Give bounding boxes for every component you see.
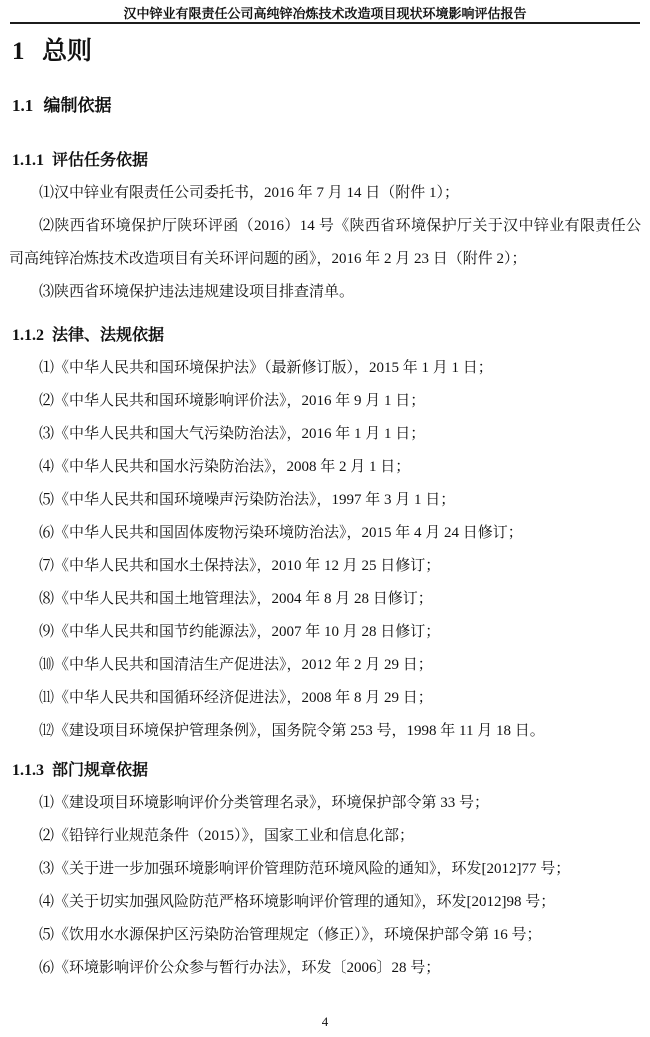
list-item: ⑼《中华人民共和国节约能源法》，2007 年 10 月 28 日修订； <box>9 616 641 649</box>
list-item: ⑿《建设项目环境保护管理条例》，国务院令第 253 号，1998 年 11 月 … <box>9 715 641 748</box>
list-item: ⑴汉中锌业有限责任公司委托书，2016 年 7 月 14 日（附件 1）； <box>9 177 641 210</box>
list-item: ⑹《中华人民共和国固体废物污染环境防治法》，2015 年 4 月 24 日修订； <box>9 517 641 550</box>
list-item: ⑶《关于进一步加强环境影响评价管理防范环境风险的通知》，环发[2012]77 号… <box>9 853 641 886</box>
list-item: ⑸《饮用水水源保护区污染防治管理规定（修正）》，环境保护部令第 16 号； <box>9 919 641 952</box>
regulation-basis-list: ⑴《建设项目环境影响评价分类管理名录》，环境保护部令第 33 号； ⑵《铅锌行业… <box>9 787 641 985</box>
list-item: ⑷《关于切实加强风险防范严格环境影响评价管理的通知》，环发[2012]98 号； <box>9 886 641 919</box>
page-number: 4 <box>0 1015 650 1029</box>
page-content: 1 总则 1.1 编制依据 1.1.1 评估任务依据 ⑴汉中锌业有限责任公司委托… <box>9 39 641 985</box>
list-item: ⑶陕西省环境保护违法违规建设项目排查清单。 <box>9 276 641 309</box>
list-item: ⑵《铅锌行业规范条件（2015）》，国家工业和信息化部； <box>9 820 641 853</box>
chapter-title: 1 总则 <box>12 39 641 65</box>
law-basis-list: ⑴《中华人民共和国环境保护法》（最新修订版），2015 年 1 月 1 日； ⑵… <box>9 352 641 748</box>
list-item: ⑵陕西省环境保护厅陕环评函（2016）14 号《陕西省环境保护厅关于汉中锌业有限… <box>9 210 641 276</box>
list-item: ⑸《中华人民共和国环境噪声污染防治法》，1997 年 3 月 1 日； <box>9 484 641 517</box>
list-item: ⑶《中华人民共和国大气污染防治法》，2016 年 1 月 1 日； <box>9 418 641 451</box>
section-heading-1-1: 1.1 编制依据 <box>12 97 641 115</box>
list-item: ⑵《中华人民共和国环境影响评价法》，2016 年 9 月 1 日； <box>9 385 641 418</box>
list-item: ⑽《中华人民共和国清洁生产促进法》，2012 年 2 月 29 日； <box>9 649 641 682</box>
list-item: ⑹《环境影响评价公众参与暂行办法》，环发〔2006〕28 号； <box>9 952 641 985</box>
list-item: ⑻《中华人民共和国土地管理法》，2004 年 8 月 28 日修订； <box>9 583 641 616</box>
subsection-heading-1-1-1: 1.1.1 评估任务依据 <box>12 152 641 169</box>
list-item: ⑴《建设项目环境影响评价分类管理名录》，环境保护部令第 33 号； <box>9 787 641 820</box>
list-item: ⑷《中华人民共和国水污染防治法》，2008 年 2 月 1 日； <box>9 451 641 484</box>
document-page: 汉中锌业有限责任公司高纯锌冶炼技术改造项目现状环境影响评估报告 1 总则 1.1… <box>0 0 650 1037</box>
list-item: ⑺《中华人民共和国水土保持法》，2010 年 12 月 25 日修订； <box>9 550 641 583</box>
subsection-heading-1-1-3: 1.1.3 部门规章依据 <box>12 762 641 779</box>
list-item: ⑾《中华人民共和国循环经济促进法》，2008 年 8 月 29 日； <box>9 682 641 715</box>
list-item: ⑴《中华人民共和国环境保护法》（最新修订版），2015 年 1 月 1 日； <box>9 352 641 385</box>
subsection-heading-1-1-2: 1.1.2 法律、法规依据 <box>12 327 641 344</box>
task-basis-list: ⑴汉中锌业有限责任公司委托书，2016 年 7 月 14 日（附件 1）； ⑵陕… <box>9 177 641 309</box>
running-header: 汉中锌业有限责任公司高纯锌冶炼技术改造项目现状环境影响评估报告 <box>10 0 640 24</box>
